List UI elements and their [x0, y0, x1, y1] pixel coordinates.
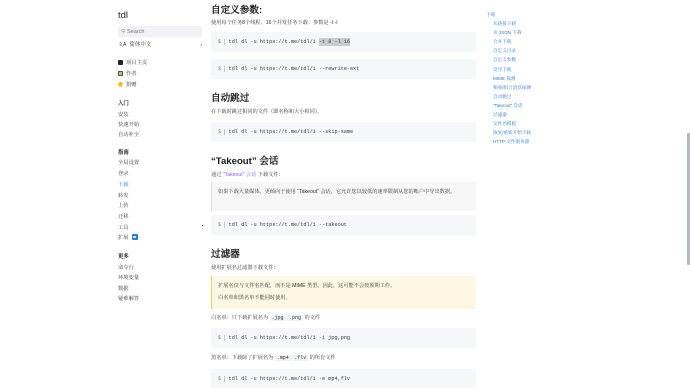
code-highlight: -t 8 -l 16 [319, 38, 350, 46]
sidebar-item-login[interactable]: 登录 [118, 169, 129, 177]
takeout-desc: 通过 “Takeout” 会话 下载文件： [211, 171, 284, 178]
sidebar-item-completion[interactable]: 自动补全 [118, 130, 139, 138]
filter-warning: 扩展名仅与文件名匹配，而不是 MIME 类型。因此，这可能不会按预期工作。 白名… [211, 276, 476, 309]
sidebar-item-env[interactable]: 环境变量 [118, 273, 139, 281]
takeout-desc-prefix: 通过 [211, 172, 221, 178]
divider [224, 335, 225, 341]
sidebar-item-upload[interactable]: 上传 [118, 201, 129, 209]
donate-icon [118, 82, 123, 87]
chevron-icon [202, 225, 203, 226]
whitelist-desc: 白名单：只下载扩展名为 .jpg .png 的文件 [211, 314, 320, 321]
toc-item[interactable]: 自动跳过 [486, 92, 576, 101]
takeout-link[interactable]: “Takeout” 会话 [223, 172, 256, 178]
sidebar-item-tools[interactable]: 工具 [118, 223, 204, 231]
toc-item[interactable]: MIME 探测 [486, 74, 576, 83]
code-text: tdl dl -u https://t.me/tdl/1 -e mp4,flv [229, 376, 350, 382]
filter-desc: 使用扩展名过滤器下载文件： [211, 264, 278, 271]
inline-code-jpg: .jpg [270, 315, 286, 321]
translate-icon: 文A [118, 41, 126, 48]
donate-link[interactable]: 捐赠 [118, 80, 137, 88]
code-block-whitelist[interactable]: $ tdl dl -u https://t.me/tdl/1 -i jpg,pn… [211, 328, 476, 348]
code-block-rewrite-ext[interactable]: $ tdl dl -u https://t.me/tdl/1 --rewrite… [211, 59, 476, 79]
section-heading-more: 更多 [118, 252, 129, 260]
divider [224, 376, 225, 382]
code-text: tdl dl -u https://t.me/tdl/1 --skip-same [229, 129, 354, 135]
site-title[interactable]: tdl [118, 10, 128, 21]
code-text: tdl dl -u https://t.me/tdl/1 --takeout [229, 222, 347, 228]
skip-desc: 在下载时跳过相同的文件（即名称和大小相同）。 [211, 108, 323, 115]
code-block-takeout[interactable]: $ tdl dl -u https://t.me/tdl/1 --takeout [211, 215, 476, 235]
author-icon [118, 71, 123, 76]
code-text: tdl dl -u https://t.me/tdl/1 -i jpg,png [229, 335, 350, 341]
sidebar-item-quickstart[interactable]: 快速开始 [118, 120, 139, 128]
toc-item[interactable]: HTTP 文件服务器 [486, 137, 576, 146]
inline-code-flv: .flv [292, 355, 308, 361]
divider [224, 222, 225, 228]
blacklist-desc: 黑名单：下载除了扩展名为 .mp4 .flv 的所有文件 [211, 354, 336, 361]
sidebar-item-tools-label: 工具 [118, 223, 129, 231]
language-label: 简体中文 [129, 40, 151, 48]
sidebar-item-install[interactable]: 安装 [118, 110, 129, 118]
inline-code-mp4: .mp4 [275, 355, 291, 361]
section-heading-guide: 指南 [118, 148, 129, 156]
toc-item[interactable]: 文件名模板 [486, 119, 576, 128]
toc-item[interactable]: 过滤器 [486, 110, 576, 119]
prompt-symbol: $ [218, 66, 221, 72]
sidebar-item-data[interactable]: 数据 [118, 284, 129, 292]
divider [224, 39, 225, 45]
heading-takeout: “Takeout” 会话 [211, 153, 279, 167]
search-input[interactable] [127, 29, 197, 35]
github-icon [118, 60, 123, 65]
toc-item-download[interactable]: 下载 [486, 10, 576, 19]
language-selector[interactable]: 文A 简体中文 • [118, 40, 202, 48]
divider [224, 129, 225, 135]
warning-text-2: 白名单和黑名单不能同时使用。 [218, 294, 470, 303]
whitelist-prefix: 白名单：只下载扩展名为 [211, 315, 268, 321]
code-text: tdl dl -u https://t.me/tdl/1 --rewrite-e… [229, 66, 360, 72]
search-box[interactable]: ⚲ [118, 26, 202, 37]
whitelist-suffix: 的文件 [304, 315, 320, 321]
heading-auto-skip: 自动跳过 [211, 90, 249, 104]
code-block-blacklist[interactable]: $ tdl dl -u https://t.me/tdl/1 -e mp4,fl… [211, 369, 476, 388]
code-block-custom-params[interactable]: $ tdl dl -u https://t.me/tdl/1 -t 8 -l 1… [211, 32, 476, 52]
blacklist-suffix: 的所有文件 [310, 355, 336, 361]
warning-text-1: 扩展名仅与文件名匹配，而不是 MIME 类型。因此，这可能不会按预期工作。 [218, 282, 470, 291]
author-link-label: 作者 [126, 69, 137, 77]
section-heading-intro: 入门 [118, 99, 129, 107]
toc-item[interactable]: 从 JSON 下载 [486, 28, 576, 37]
heading-filter: 过滤器 [211, 246, 240, 260]
donate-link-label: 捐赠 [126, 80, 137, 88]
divider [224, 66, 225, 72]
chevron-icon: • [201, 42, 202, 47]
sidebar-item-extensions-label: 扩展 [118, 233, 129, 241]
takeout-desc-suffix: 下载文件： [258, 172, 284, 178]
prompt-symbol: $ [218, 376, 221, 382]
prompt-symbol: $ [218, 129, 221, 135]
toc-item[interactable]: 反序下载 [486, 65, 576, 74]
new-badge-icon [132, 234, 138, 240]
sidebar-item-troubleshoot[interactable]: 疑难解答 [118, 294, 139, 302]
scrollbar-thumb[interactable] [687, 133, 690, 265]
takeout-note: 如果下载大量媒体，更倾向于使用 “Takeout” 会话，它允许您以较低的速率限… [211, 182, 476, 211]
toc-item[interactable]: “Takeout” 会话 [486, 101, 576, 110]
code-block-skip-same[interactable]: $ tdl dl -u https://t.me/tdl/1 --skip-sa… [211, 122, 476, 142]
toc-item[interactable]: 合并下载 [486, 37, 576, 46]
custom-params-desc: 使用每个任务8个线程、16个并发任务下载：参数是 -t -l [211, 19, 338, 26]
github-link-label: 项目主页 [126, 58, 147, 66]
toc-item[interactable]: 自定义目录 [486, 46, 576, 55]
github-link[interactable]: 项目主页 [118, 58, 147, 66]
toc-item[interactable]: 相册/组合消息探测 [486, 83, 576, 92]
sidebar-item-extensions[interactable]: 扩展 [118, 233, 138, 241]
prompt-symbol: $ [218, 222, 221, 228]
code-text: tdl dl -u https://t.me/tdl/1 [229, 39, 319, 45]
toc-item[interactable]: 恢复/重新开始下载 [486, 128, 576, 137]
inline-code-png: .png [287, 315, 303, 321]
table-of-contents: 下载 从链接下载 从 JSON 下载 合并下载 自定义目录 自定义参数 反序下载… [486, 10, 576, 146]
sidebar-item-global-config[interactable]: 全局设置 [118, 158, 139, 166]
sidebar-item-cli[interactable]: 命令行 [118, 263, 134, 271]
sidebar-item-forward[interactable]: 转发 [118, 191, 129, 199]
sidebar-item-migrate[interactable]: 迁移 [118, 212, 129, 220]
sidebar: tdl ⚲ 文A 简体中文 • 项目主页 作者 捐赠 入门 安装 快速开始 自动… [112, 0, 202, 388]
author-link[interactable]: 作者 [118, 69, 137, 77]
toc-item[interactable]: 自定义参数 [486, 55, 576, 64]
heading-custom-params: 自定义参数: [211, 2, 262, 16]
prompt-symbol: $ [218, 335, 221, 341]
sidebar-item-download[interactable]: 下载 [118, 180, 129, 188]
search-icon: ⚲ [121, 29, 125, 35]
toc-item[interactable]: 从链接下载 [486, 19, 576, 28]
blacklist-prefix: 黑名单：下载除了扩展名为 [211, 355, 273, 361]
prompt-symbol: $ [218, 39, 221, 45]
